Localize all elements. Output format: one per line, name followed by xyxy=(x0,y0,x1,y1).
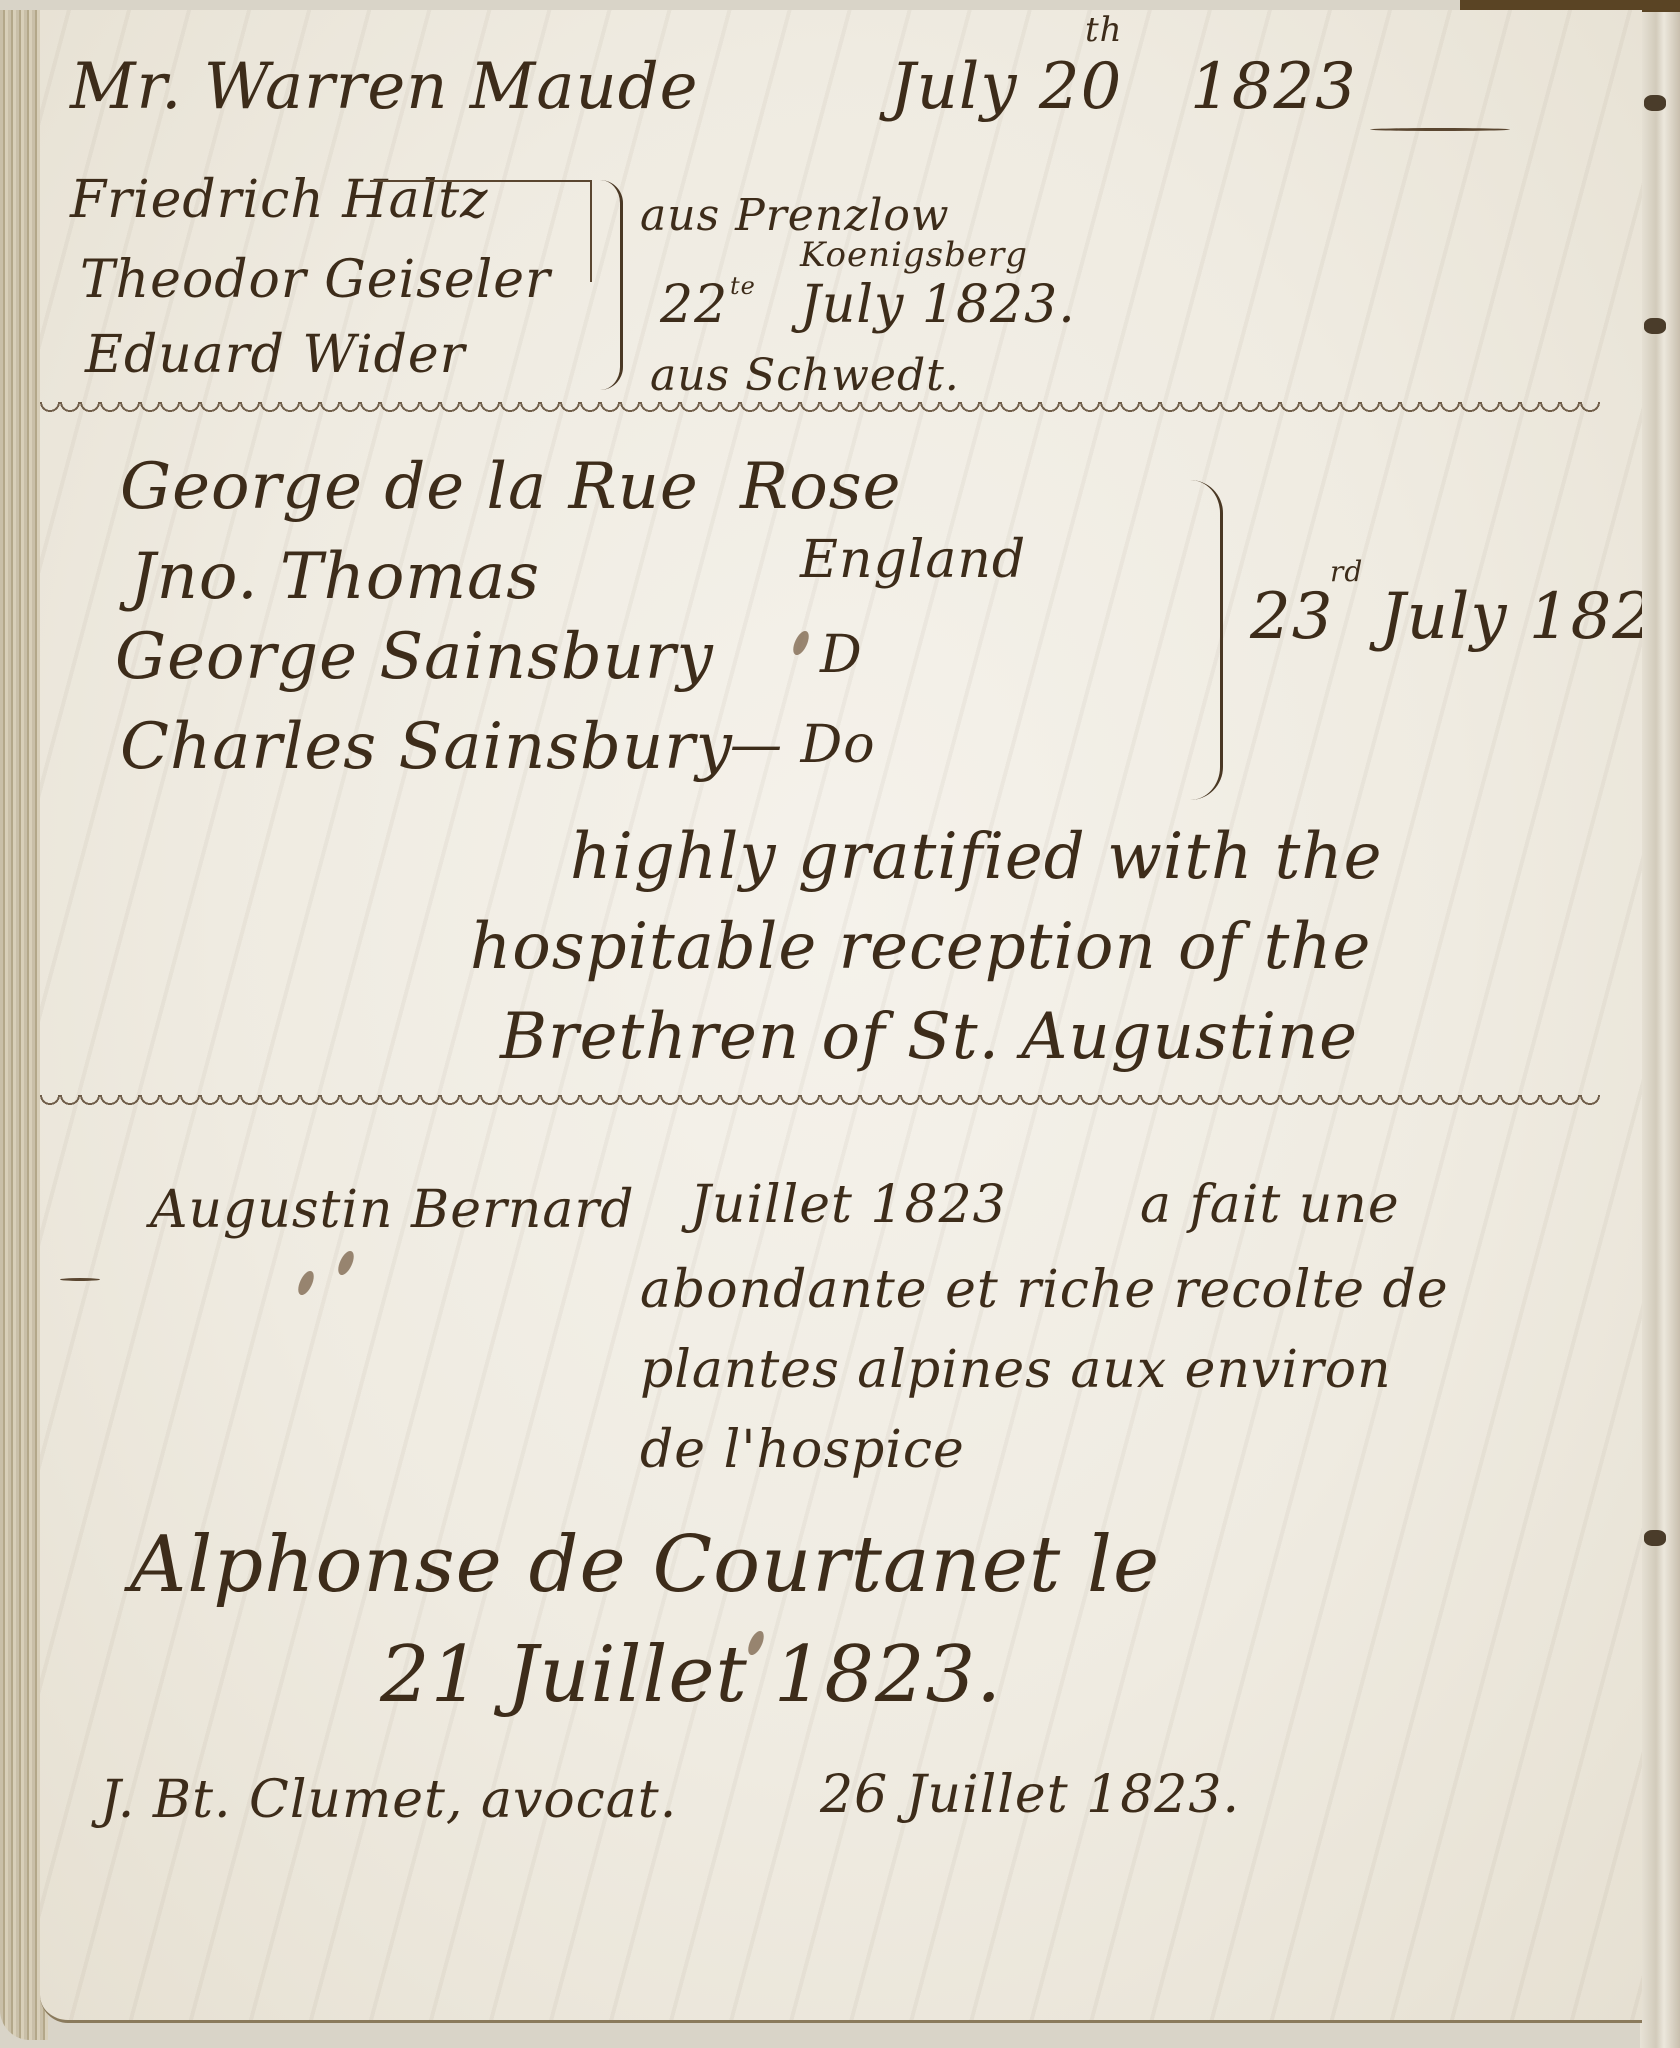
visitor-name: Mr. Warren Maude xyxy=(70,50,699,124)
remark-line: de l'hospice xyxy=(640,1420,965,1480)
annotation: England xyxy=(800,530,1026,590)
annotation: D xyxy=(820,625,863,685)
dash-mark xyxy=(60,1278,100,1281)
remark-line: highly gratified with the xyxy=(570,820,1382,894)
binding-stitch xyxy=(1644,95,1666,111)
entry-separator xyxy=(40,402,1600,416)
annotation: — Do xyxy=(730,715,876,775)
right-brace xyxy=(1190,480,1223,800)
entry-date: 26 Juillet 1823. xyxy=(820,1765,1240,1825)
name-box-bracket xyxy=(370,180,592,282)
origin-text: aus Schwedt. xyxy=(650,350,960,401)
remark-line: a fait une xyxy=(1140,1175,1400,1235)
binding-stitch xyxy=(1644,318,1666,334)
visitor-name: Alphonse de Courtanet le xyxy=(130,1520,1160,1610)
remark-line: plantes alpines aux environ xyxy=(640,1340,1392,1400)
visitor-name: J. Bt. Clumet, avocat. xyxy=(100,1770,677,1830)
visitor-name: Jno. Thomas xyxy=(130,540,540,614)
book-spine xyxy=(1640,0,1680,2048)
origin-text: Koenigsberg xyxy=(800,235,1028,275)
visitor-name: Eduard Wider xyxy=(85,325,466,385)
date-ordinal: th xyxy=(1085,10,1123,50)
entry-date: July 1823. xyxy=(800,275,1076,335)
flourish xyxy=(1370,128,1510,131)
origin-text: aus Prenzlow xyxy=(640,190,950,241)
entry-date: July 20 xyxy=(890,50,1122,124)
date-ordinal: te xyxy=(730,272,756,300)
entry-date: July 1823 xyxy=(1380,580,1642,654)
entry-date-day: 22 xyxy=(660,275,728,335)
remark-line: Brethren of St. Augustine xyxy=(500,1000,1358,1074)
visitor-name: George Sainsbury xyxy=(115,620,714,694)
remark-line: abondante et riche recolte de xyxy=(640,1260,1449,1320)
manuscript-page: Mr. Warren Maude July 20 th 1823 Friedri… xyxy=(40,10,1642,2023)
annotation: Rose xyxy=(740,450,901,524)
visitor-name: George de la Rue xyxy=(120,450,699,524)
entry-date-day: 23 xyxy=(1250,580,1333,654)
date-ordinal: rd xyxy=(1330,555,1363,588)
entry-year: 1823 xyxy=(1190,50,1357,124)
binding-stitch xyxy=(1644,1530,1666,1546)
visitor-name: Augustin Bernard xyxy=(150,1180,635,1240)
right-brace xyxy=(600,180,623,390)
entry-date: 21 Juillet 1823. xyxy=(380,1630,1002,1720)
visitor-name: Charles Sainsbury xyxy=(120,710,733,784)
entry-date: Juillet 1823 xyxy=(690,1175,1007,1235)
remark-line: hospitable reception of the xyxy=(470,910,1371,984)
entry-separator xyxy=(40,1095,1600,1109)
